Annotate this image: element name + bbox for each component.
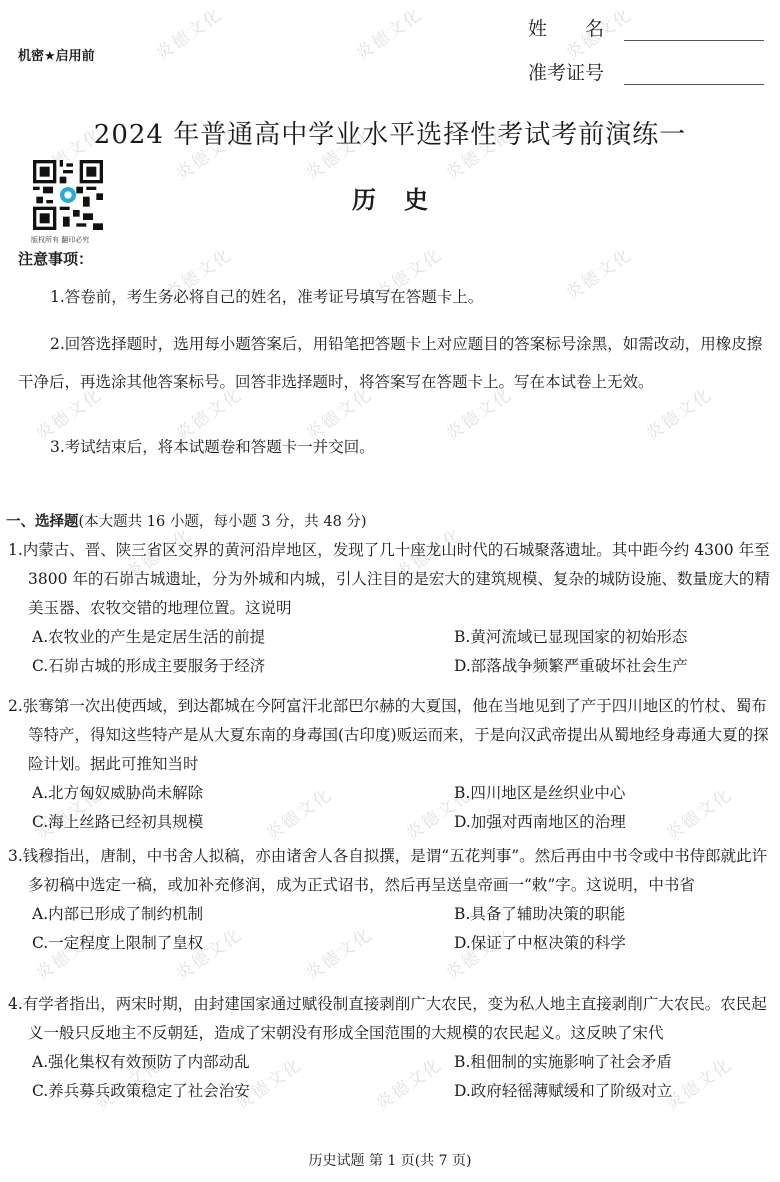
section-heading: 一、选择题(本大题共 16 小题，每小题 3 分，共 48 分) xyxy=(6,510,367,531)
question-stem: 4.有学者指出，两宋时期，由封建国家通过赋役制直接剥削广大农民，变为私人地主直接… xyxy=(8,990,770,1048)
option-a: A.内部已形成了制约机制 xyxy=(32,900,454,929)
confidential-label: 机密★启用前 xyxy=(18,45,95,64)
option-a: A.强化集权有效预防了内部动乱 xyxy=(32,1048,454,1077)
option-c: C.石峁古城的形成主要服务于经济 xyxy=(32,652,454,681)
question-stem: 3.钱穆指出，唐制，中书舍人拟稿，亦由诸舍人各自拟撰，是谓“五花判事”。然后再由… xyxy=(8,842,770,900)
notice-item: 1.答卷前，考生务必将自己的姓名，准考证号填写在答题卡上。 xyxy=(18,282,768,312)
qr-caption: 版权所有 翻印必究 xyxy=(31,235,89,245)
notice-item: 2.回答选择题时，选用每小题答案后，用铅笔把答题卡上对应题目的答案标号涂黑，如需… xyxy=(18,325,768,401)
exam-id-label: 准考证号 xyxy=(528,58,622,85)
option-c: C.一定程度上限制了皇权 xyxy=(32,929,454,958)
question-stem: 2.张骞第一次出使西域，到达都城在今阿富汗北部巴尔赫的大夏国，他在当地见到了产于… xyxy=(8,692,770,779)
exam-id-field[interactable]: 准考证号 xyxy=(528,58,764,85)
watermark: 炎德文化 xyxy=(350,0,427,64)
option-d: D.政府轻徭薄赋缓和了阶级对立 xyxy=(454,1077,780,1106)
exam-id-input-line[interactable] xyxy=(624,62,764,85)
option-b: B.租佃制的实施影响了社会矛盾 xyxy=(454,1048,780,1077)
option-d: D.加强对西南地区的治理 xyxy=(454,808,780,837)
option-b: B.黄河流域已显现国家的初始形态 xyxy=(454,623,780,652)
name-input-line[interactable] xyxy=(624,18,764,41)
notice-item: 3.考试结束后，将本试题卷和答题卡一并交回。 xyxy=(18,432,768,462)
option-d: D.部落战争频繁严重破坏社会生产 xyxy=(454,652,780,681)
option-c: C.海上丝路已经初具规模 xyxy=(32,808,454,837)
section-title: 一、选择题 xyxy=(6,514,79,530)
name-label: 姓 名 xyxy=(528,14,622,41)
exam-title: 2024 年普通高中学业水平选择性考试考前演练一 xyxy=(0,114,780,151)
option-a: A.农牧业的产生是定居生活的前提 xyxy=(32,623,454,652)
name-field[interactable]: 姓 名 xyxy=(528,14,764,41)
option-b: B.四川地区是丝织业中心 xyxy=(454,779,780,808)
section-desc: (本大题共 16 小题，每小题 3 分，共 48 分) xyxy=(79,514,367,530)
option-b: B.具备了辅助决策的职能 xyxy=(454,900,780,929)
page-footer: 历史试题 第 1 页(共 7 页) xyxy=(0,1150,780,1170)
option-d: D.保证了中枢决策的科学 xyxy=(454,929,780,958)
question: 4.有学者指出，两宋时期，由封建国家通过赋役制直接剥削广大农民，变为私人地主直接… xyxy=(8,990,770,1106)
question: 1.内蒙古、晋、陕三省区交界的黄河沿岸地区，发现了几十座龙山时代的石城聚落遗址。… xyxy=(8,536,770,681)
notice-heading: 注意事项： xyxy=(18,248,93,269)
option-c: C.养兵募兵政策稳定了社会治安 xyxy=(32,1077,454,1106)
watermark: 炎德文化 xyxy=(150,0,227,64)
question: 2.张骞第一次出使西域，到达都城在今阿富汗北部巴尔赫的大夏国，他在当地见到了产于… xyxy=(8,692,770,837)
subject-title: 历史 xyxy=(0,180,780,215)
question: 3.钱穆指出，唐制，中书舍人拟稿，亦由诸舍人各自拟撰，是谓“五花判事”。然后再由… xyxy=(8,842,770,958)
option-a: A.北方匈奴威胁尚未解除 xyxy=(32,779,454,808)
question-stem: 1.内蒙古、晋、陕三省区交界的黄河沿岸地区，发现了几十座龙山时代的石城聚落遗址。… xyxy=(8,536,770,623)
